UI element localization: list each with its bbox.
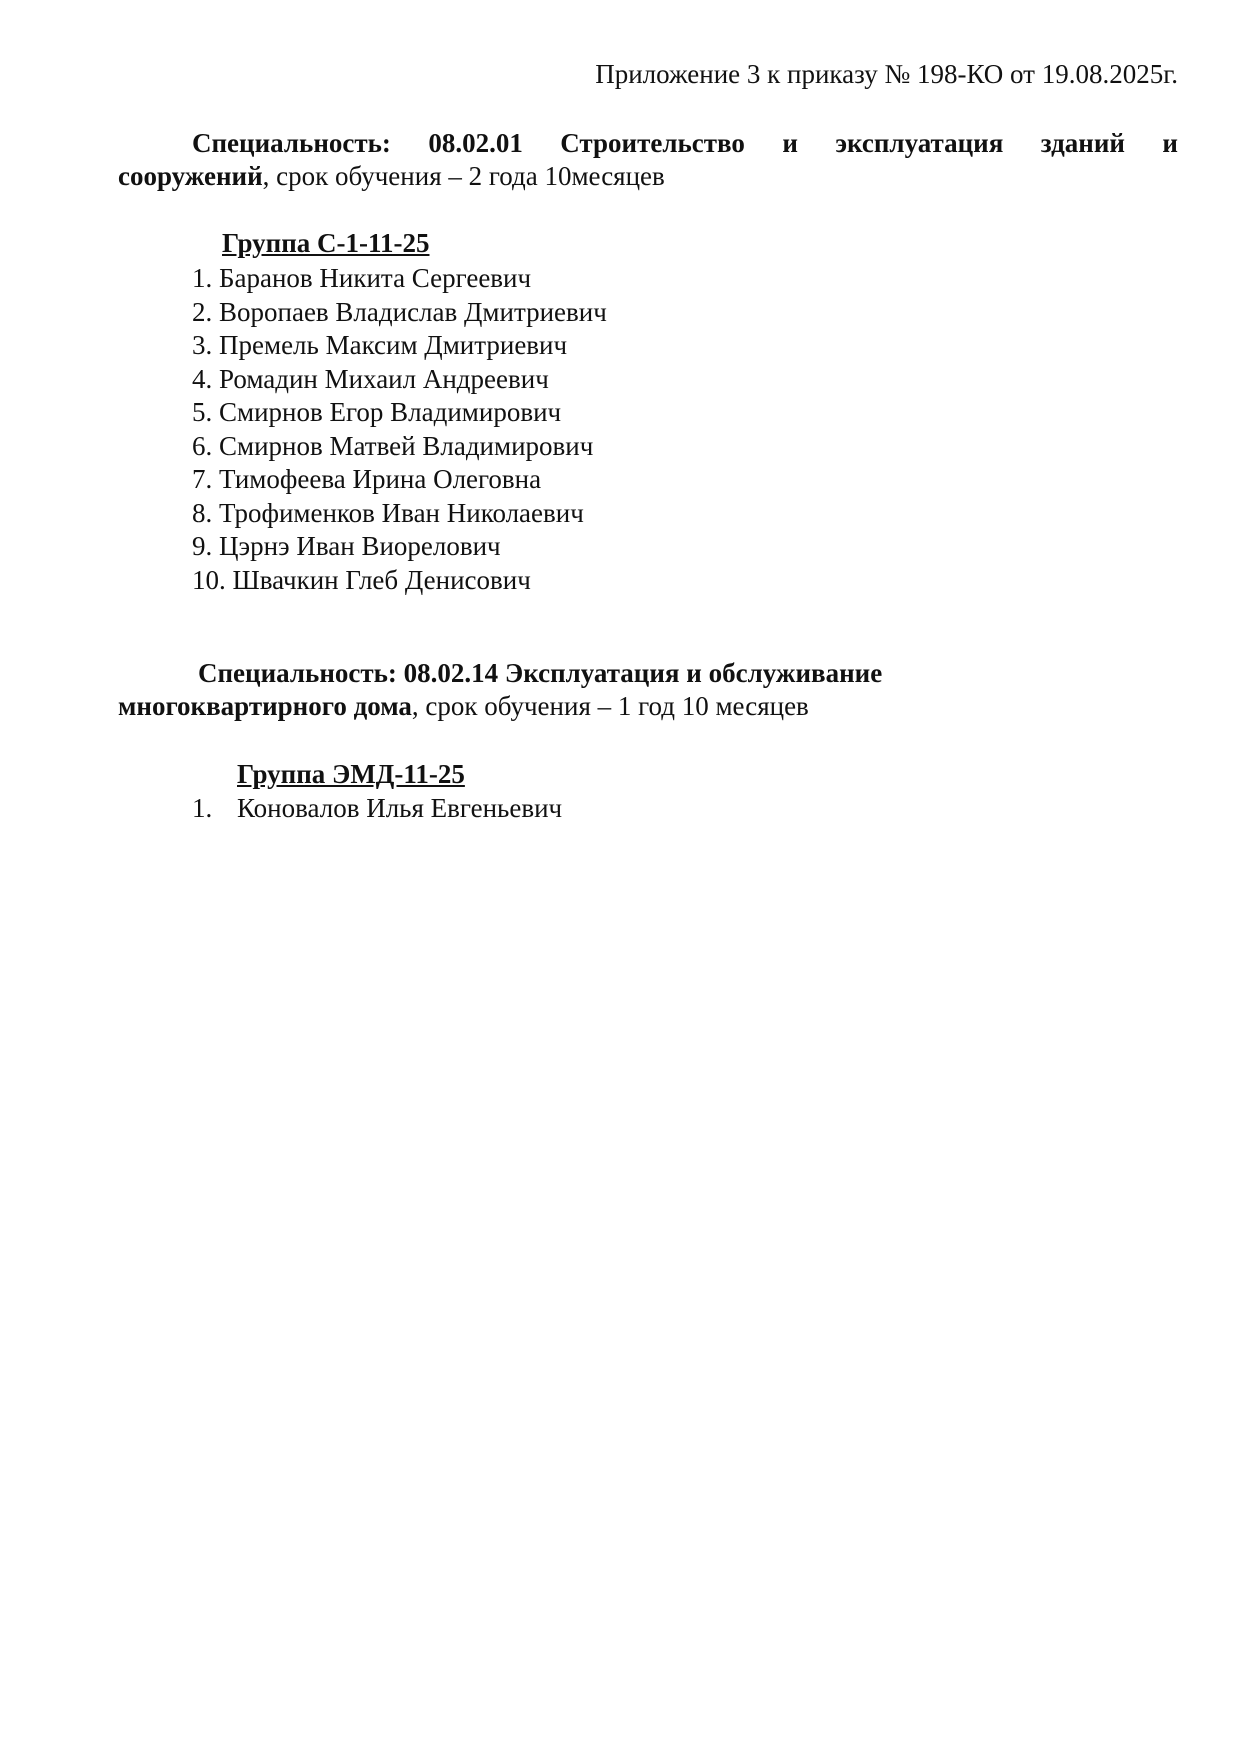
item-number: 2.: [192, 297, 212, 327]
item-number: 4.: [192, 364, 212, 394]
item-number: 8.: [192, 498, 212, 528]
study-duration: , срок обучения – 1 год 10 месяцев: [412, 691, 809, 721]
list-item: 1.Коновалов Илья Евгеньевич: [192, 792, 562, 826]
student-name: Воропаев Владислав Дмитриевич: [219, 297, 607, 327]
student-name: Смирнов Егор Владимирович: [219, 397, 561, 427]
item-number: 1.: [192, 792, 237, 826]
list-item: 4. Ромадин Михаил Андреевич: [192, 363, 607, 397]
spec-word: эксплуатация: [835, 127, 1003, 160]
student-name: Трофименков Иван Николаевич: [219, 498, 584, 528]
student-name: Ромадин Михаил Андреевич: [219, 364, 549, 394]
item-number: 5.: [192, 397, 212, 427]
group-title-2: Группа ЭМД-11-25: [237, 758, 465, 790]
specialty-name-end: сооружений: [118, 161, 263, 191]
list-item: 5. Смирнов Егор Владимирович: [192, 396, 607, 430]
specialty-heading-1: Специальность: 08.02.01 Строительство и …: [118, 127, 1178, 193]
specialty-heading-2: Специальность: 08.02.14 Эксплуатация и о…: [118, 657, 1178, 723]
spec-word: 08.02.01: [428, 127, 523, 160]
student-name: Премель Максим Дмитриевич: [219, 330, 567, 360]
spec-word: и: [782, 127, 798, 160]
list-item: 1. Баранов Никита Сергеевич: [192, 262, 607, 296]
item-number: 10.: [192, 565, 226, 595]
specialty-heading-1-line1: Специальность: 08.02.01 Строительство и …: [118, 127, 1178, 160]
list-item: 2. Воропаев Владислав Дмитриевич: [192, 296, 607, 330]
list-item: 9. Цэрнэ Иван Виорелович: [192, 530, 607, 564]
spec-word: Строительство: [560, 127, 745, 160]
item-number: 3.: [192, 330, 212, 360]
specialty-heading-2-line2: многоквартирного дома, срок обучения – 1…: [118, 690, 1178, 723]
specialty-heading-2-line1: Специальность: 08.02.14 Эксплуатация и о…: [118, 657, 1178, 690]
student-name: Смирнов Матвей Владимирович: [219, 431, 593, 461]
specialty-heading-1-line2: сооружений, срок обучения – 2 года 10мес…: [118, 160, 1178, 193]
item-number: 6.: [192, 431, 212, 461]
list-item: 8. Трофименков Иван Николаевич: [192, 497, 607, 531]
list-item: 7. Тимофеева Ирина Олеговна: [192, 463, 607, 497]
spec-word: и: [1162, 127, 1178, 160]
specialty-name-end: многоквартирного дома: [118, 691, 412, 721]
student-name: Коновалов Илья Евгеньевич: [237, 793, 562, 823]
list-item: 3. Премель Максим Дмитриевич: [192, 329, 607, 363]
spec-word: Специальность:: [192, 127, 391, 160]
student-name: Швачкин Глеб Денисович: [233, 565, 531, 595]
study-duration: , срок обучения – 2 года 10месяцев: [263, 161, 665, 191]
list-item: 10. Швачкин Глеб Денисович: [192, 564, 607, 598]
document-page: Приложение 3 к приказу № 198-КО от 19.08…: [0, 0, 1241, 1754]
student-name: Цэрнэ Иван Виорелович: [219, 531, 501, 561]
item-number: 7.: [192, 464, 212, 494]
list-item: 6. Смирнов Матвей Владимирович: [192, 430, 607, 464]
item-number: 9.: [192, 531, 212, 561]
student-list-1: 1. Баранов Никита Сергеевич 2. Воропаев …: [192, 262, 607, 597]
student-name: Баранов Никита Сергеевич: [219, 263, 531, 293]
student-list-2: 1.Коновалов Илья Евгеньевич: [192, 792, 562, 826]
group-title-1: Группа С-1-11-25: [222, 227, 429, 259]
spec-word: зданий: [1041, 127, 1125, 160]
appendix-header: Приложение 3 к приказу № 198-КО от 19.08…: [595, 58, 1178, 90]
student-name: Тимофеева Ирина Олеговна: [219, 464, 541, 494]
item-number: 1.: [192, 263, 212, 293]
